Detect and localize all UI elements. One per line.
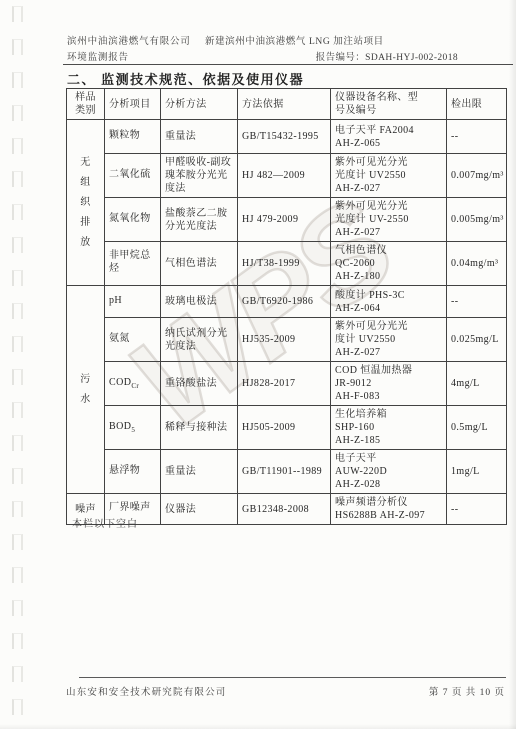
cell-item: 悬浮物 [105,450,161,494]
header-report-number: 报告编号：SDAH-HYJ-002-2018 [316,49,458,63]
binding-hole-mark [12,534,23,550]
cell-limit: 0.04mg/m³ [447,242,507,286]
category-cell-fugitive-emission: 无组织排放 [67,120,105,286]
table-row: 二氧化硫 甲醛吸收-副玫 瑰苯胺分光光 度法 HJ 482—2009 紫外可见光… [67,154,507,198]
cell-method: 玻璃电极法 [161,286,238,318]
cell-item: 颗粒物 [105,120,161,154]
cell-method: 稀释与接种法 [161,406,238,450]
cell-item: 氨氮 [105,318,161,362]
cell-instrument: 噪声频谱分析仪 HS6288B AH-Z-097 [331,494,447,525]
cell-instrument: COD 恒温加热器 JR-9012 AH-F-083 [331,362,447,406]
footer-page-number: 第 7 页 共 10 页 [429,684,505,698]
cell-instrument: 酸度计 PHS-3C AH-Z-064 [331,286,447,318]
table-row: 污水 pH 玻璃电极法 GB/T6920-1986 酸度计 PHS-3C AH-… [67,286,507,318]
table-row: 无组织排放 颗粒物 重量法 GB/T15432-1995 电子天平 FA2004… [67,120,507,154]
column-header-instrument: 仪器设备名称、型 号及编号 [331,89,447,120]
cell-instrument: 气相色谱仪 QC-2060 AH-Z-180 [331,242,447,286]
binding-hole-mark [12,369,23,385]
cell-limit: 0.007mg/m³ [447,154,507,198]
header-project: 新建滨州中油滨港燃气 LNG 加注站项目 [205,33,384,47]
binding-hole-mark [12,72,23,88]
binding-hole-mark [12,237,23,253]
cell-instrument: 紫外可见分光光 度计 UV2550 AH-Z-027 [331,318,447,362]
binding-hole-mark [12,567,23,583]
cell-item: 非甲烷总 烃 [105,242,161,286]
binding-hole-mark [12,600,23,616]
footer-divider [79,677,506,678]
cell-limit: 0.025mg/L [447,318,507,362]
cell-method: 重量法 [161,120,238,154]
table-row: CODCr 重铬酸盐法 HJ828-2017 COD 恒温加热器 JR-9012… [67,362,507,406]
header-divider [63,64,513,65]
column-header-detection-limit: 检出限 [447,89,507,120]
section-title: 二、 监测技术规范、依据及使用仪器 [67,69,304,88]
cell-method: 纳氏试剂分光 光度法 [161,318,238,362]
cell-instrument: 生化培养箱 SHP-160 AH-Z-185 [331,406,447,450]
monitoring-instruments-table: 样品 类别 分析项目 分析方法 方法依据 仪器设备名称、型 号及编号 检出限 无… [66,88,507,525]
binding-hole-mark [12,402,23,418]
scanned-report-page: 滨州中油滨港燃气有限公司 新建滨州中油滨港燃气 LNG 加注站项目 环境监测报告… [0,0,516,729]
cell-limit: -- [447,120,507,154]
cell-basis: HJ 482—2009 [238,154,331,198]
table-row: 氮氧化物 盐酸萘乙二胺 分光光度法 HJ 479-2009 紫外可见光分光 光度… [67,198,507,242]
header-company: 滨州中油滨港燃气有限公司 [67,33,191,47]
category-cell-wastewater: 污水 [67,286,105,494]
binding-hole-mark [12,303,23,319]
binding-hole-mark [12,501,23,517]
cell-basis: GB/T11901--1989 [238,450,331,494]
binding-hole-mark [12,204,23,220]
cell-basis: HJ828-2017 [238,362,331,406]
column-header-sample-category: 样品 类别 [67,89,105,120]
cell-item: CODCr [105,362,161,406]
binding-hole-mark [12,138,23,154]
cell-limit: 0.005mg/m³ [447,198,507,242]
binding-hole-mark [12,336,23,352]
cell-method: 气相色谱法 [161,242,238,286]
cell-basis: GB/T15432-1995 [238,120,331,154]
table-row: 非甲烷总 烃 气相色谱法 HJ/T38-1999 气相色谱仪 QC-2060 A… [67,242,507,286]
cell-limit: -- [447,494,507,525]
table-row: 悬浮物 重量法 GB/T11901--1989 电子天平 AUW-220D AH… [67,450,507,494]
binding-hole-mark [12,666,23,682]
header-report-type: 环境监测报告 [67,49,129,63]
column-header-method-basis: 方法依据 [238,89,331,120]
binding-hole-mark [12,468,23,484]
cell-instrument: 紫外可见光分光 光度计 UV2550 AH-Z-027 [331,154,447,198]
cell-basis: HJ505-2009 [238,406,331,450]
binding-hole-mark [12,270,23,286]
cell-instrument: 紫外可见光分光 光度计 UV-2550 AH-Z-027 [331,198,447,242]
binding-hole-mark [12,6,23,22]
binding-hole-mark [12,171,23,187]
cell-limit: -- [447,286,507,318]
scan-edge-shadow-right [509,0,516,729]
blank-below-note: 本栏以下空白 [72,515,138,530]
cell-limit: 4mg/L [447,362,507,406]
cell-limit: 0.5mg/L [447,406,507,450]
cell-basis: HJ535-2009 [238,318,331,362]
binding-hole-mark [12,699,23,715]
binding-hole-mark [12,435,23,451]
binding-hole-mark [12,39,23,55]
cell-item: 氮氧化物 [105,198,161,242]
scan-edge-shadow-bottom [0,724,516,729]
table-row: BOD5 稀释与接种法 HJ505-2009 生化培养箱 SHP-160 AH-… [67,406,507,450]
binding-hole-mark [12,633,23,649]
cell-basis: HJ/T38-1999 [238,242,331,286]
table-row: 氨氮 纳氏试剂分光 光度法 HJ535-2009 紫外可见分光光 度计 UV25… [67,318,507,362]
cell-method: 盐酸萘乙二胺 分光光度法 [161,198,238,242]
cell-method: 甲醛吸收-副玫 瑰苯胺分光光 度法 [161,154,238,198]
column-header-analysis-method: 分析方法 [161,89,238,120]
cell-basis: GB12348-2008 [238,494,331,525]
spiral-binding-marks [0,0,26,729]
cell-method: 重铬酸盐法 [161,362,238,406]
cell-item: BOD5 [105,406,161,450]
cell-instrument: 电子天平 AUW-220D AH-Z-028 [331,450,447,494]
cell-instrument: 电子天平 FA2004 AH-Z-065 [331,120,447,154]
binding-hole-mark [12,105,23,121]
cell-basis: HJ 479-2009 [238,198,331,242]
column-header-analysis-item: 分析项目 [105,89,161,120]
cell-item: 二氧化硫 [105,154,161,198]
cell-basis: GB/T6920-1986 [238,286,331,318]
cell-item: pH [105,286,161,318]
footer-organization: 山东安和安全技术研究院有限公司 [66,684,227,698]
cell-method: 仪器法 [161,494,238,525]
table-header-row: 样品 类别 分析项目 分析方法 方法依据 仪器设备名称、型 号及编号 检出限 [67,89,507,120]
cell-limit: 1mg/L [447,450,507,494]
cell-method: 重量法 [161,450,238,494]
